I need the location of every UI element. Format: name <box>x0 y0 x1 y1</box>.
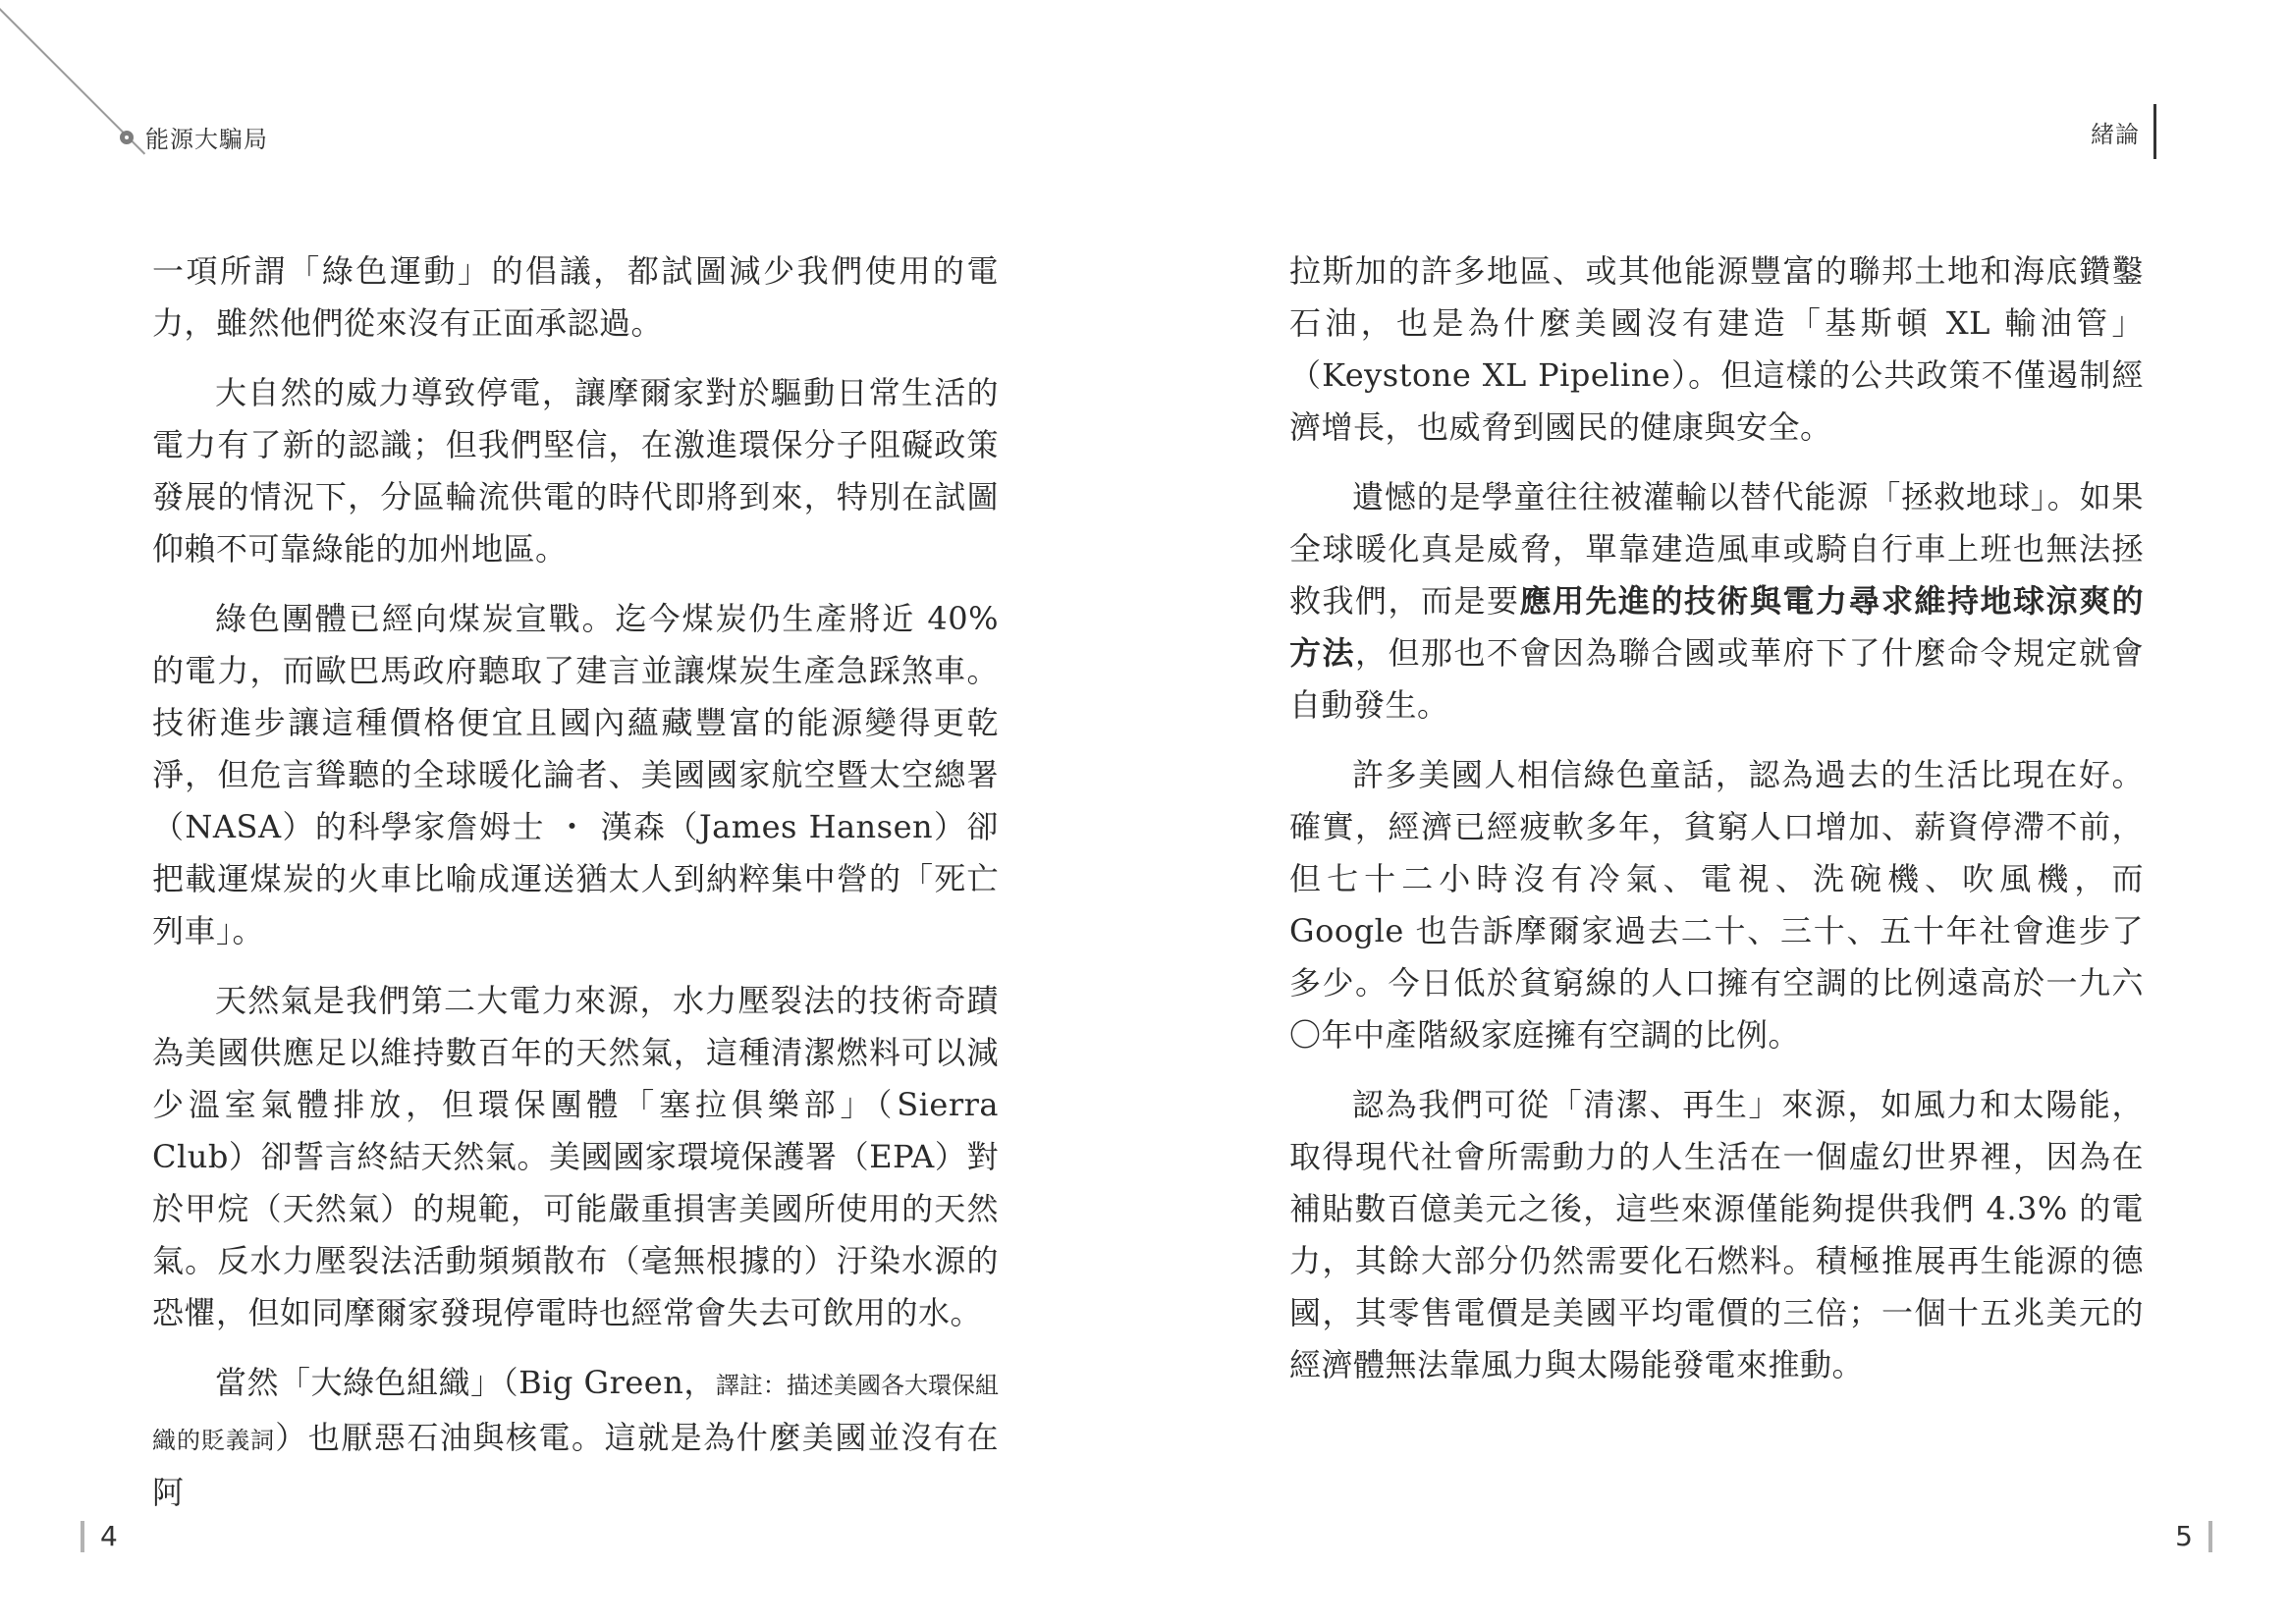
running-head-left: 能源大騙局 <box>120 120 268 154</box>
running-head-right: 緒論 <box>2091 104 2156 159</box>
paragraph-with-emphasis: 遺憾的是學童往往被灌輸以替代能源「拯救地球」。如果全球暖化真是威脅，單靠建造風車… <box>1289 471 2144 731</box>
page-number-right: 5 <box>2175 1520 2212 1552</box>
page-number: 5 <box>2175 1520 2193 1552</box>
paragraph: 拉斯加的許多地區、或其他能源豐富的聯邦土地和海底鑽鑿石油，也是為什麼美國沒有建造… <box>1289 245 2144 454</box>
folio-bar <box>2208 1521 2212 1552</box>
right-page: 拉斯加的許多地區、或其他能源豐富的聯邦土地和海底鑽鑿石油，也是為什麼美國沒有建造… <box>1289 245 2144 1409</box>
paragraph-text: ）也厭惡石油與核電。這就是為什麼美國並沒有在阿 <box>152 1419 999 1511</box>
ring-bullet-icon <box>120 131 134 144</box>
paragraph-text: 當然「大綠色組織」（Big Green， <box>215 1364 716 1401</box>
page-number-left: 4 <box>81 1520 118 1552</box>
paragraph: 一項所謂「綠色運動」的倡議，都試圖減少我們使用的電力，雖然他們從來沒有正面承認過… <box>152 245 999 350</box>
paragraph-with-translator-note: 當然「大綠色組織」（Big Green，譯註：描述美國各大環保組織的貶義詞）也厭… <box>152 1357 999 1519</box>
page-number: 4 <box>100 1520 118 1552</box>
chapter-title: 緒論 <box>2091 115 2140 149</box>
paragraph: 綠色團體已經向煤炭宣戰。迄今煤炭仍生產將近 40% 的電力，而歐巴馬政府聽取了建… <box>152 593 999 957</box>
header-divider-bar <box>2153 104 2156 159</box>
book-title: 能源大騙局 <box>145 120 268 154</box>
paragraph: 認為我們可從「清潔、再生」來源，如風力和太陽能，取得現代社會所需動力的人生活在一… <box>1289 1079 2144 1391</box>
paragraph: 許多美國人相信綠色童話，認為過去的生活比現在好。確實，經濟已經疲軟多年，貧窮人口… <box>1289 749 2144 1061</box>
folio-bar <box>81 1521 84 1552</box>
left-page: 一項所謂「綠色運動」的倡議，都試圖減少我們使用的電力，雖然他們從來沒有正面承認過… <box>152 245 999 1537</box>
paragraph: 大自然的威力導致停電，讓摩爾家對於驅動日常生活的電力有了新的認識；但我們堅信，在… <box>152 367 999 575</box>
book-spread: 能源大騙局 緒論 一項所謂「綠色運動」的倡議，都試圖減少我們使用的電力，雖然他們… <box>0 0 2289 1624</box>
paragraph-text: ，但那也不會因為聯合國或華府下了什麼命令規定就會自動發生。 <box>1289 634 2144 724</box>
paragraph: 天然氣是我們第二大電力來源，水力壓裂法的技術奇蹟為美國供應足以維持數百年的天然氣… <box>152 975 999 1339</box>
